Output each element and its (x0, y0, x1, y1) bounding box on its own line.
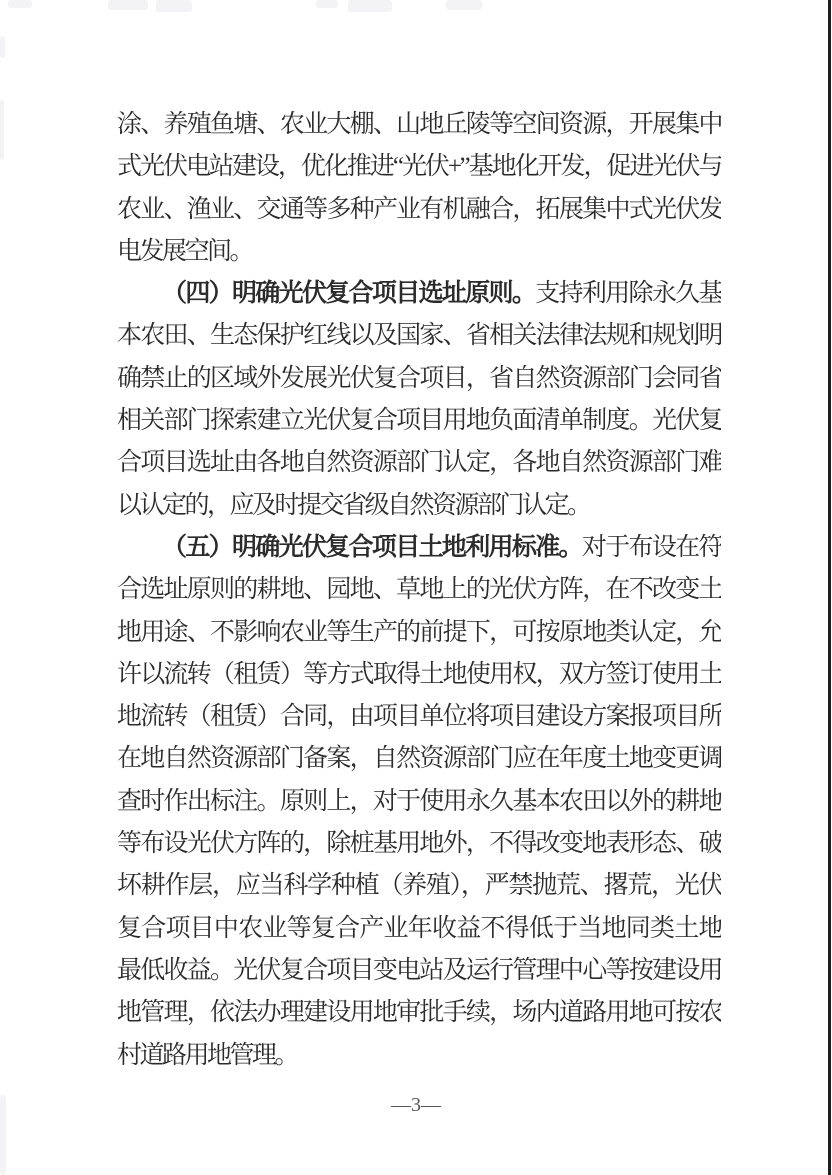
scan-smudge (0, 36, 5, 58)
page-number: —3— (0, 1094, 832, 1117)
text-line: （五）明确光伏复合项目土地利用标准。对于布设在符 (117, 527, 721, 569)
text-line: 以认定的，应及时提交省级自然资源部门认定。 (117, 485, 721, 527)
text-line: 合选址原则的耕地、园地、草地上的光伏方阵，在不改变土 (117, 569, 721, 611)
scan-smudge (0, 100, 4, 160)
scan-smudge (8, 0, 32, 8)
text-line: 地用途、不影响农业等生产的前提下，可按原地类认定，允 (117, 612, 721, 654)
text-line: 涂、养殖鱼塘、农业大棚、山地丘陵等空间资源，开展集中 (117, 104, 721, 146)
text-line: 许以流转（租赁）等方式取得土地使用权，双方签订使用土 (117, 654, 721, 696)
text-line: 相关部门探索建立光伏复合项目用地负面清单制度。光伏复 (117, 400, 721, 442)
text-line: （四）明确光伏复合项目选址原则。支持利用除永久基 (117, 273, 721, 315)
document-body: 涂、养殖鱼塘、农业大棚、山地丘陵等空间资源，开展集中式光伏电站建设，优化推进“光… (117, 104, 721, 1077)
text-line: 农业、渔业、交通等多种产业有机融合，拓展集中式光伏发 (117, 189, 721, 231)
text-line: 村道路用地管理。 (117, 1035, 721, 1077)
scan-smudge (156, 0, 192, 12)
text-line: 查时作出标注。原则上，对于使用永久基本农田以外的耕地 (117, 781, 721, 823)
text-line: 坏耕作层，应当科学种植（养殖），严禁抛荒、撂荒，光伏 (117, 865, 721, 907)
scan-smudge (108, 0, 148, 10)
document-page: 涂、养殖鱼塘、农业大棚、山地丘陵等空间资源，开展集中式光伏电站建设，优化推进“光… (0, 0, 832, 1175)
text-line: 最低收益。光伏复合项目变电站及运行管理中心等按建设用 (117, 950, 721, 992)
scan-smudge (446, 0, 482, 10)
text-line: 本农田、生态保护红线以及国家、省相关法律法规和规划明 (117, 315, 721, 357)
scan-edge-line (828, 0, 831, 1175)
text-line: 地流转（租赁）合同，由项目单位将项目建设方案报项目所 (117, 696, 721, 738)
text-line: 电发展空间。 (117, 231, 721, 273)
text-line: 等布设光伏方阵的，除桩基用地外，不得改变地表形态、破 (117, 823, 721, 865)
scan-smudge (348, 0, 392, 12)
scan-smudge (316, 0, 338, 8)
text-line: 式光伏电站建设，优化推进“光伏+”基地化开发，促进光伏与 (117, 146, 721, 188)
text-line: 合项目选址由各地自然资源部门认定，各地自然资源部门难 (117, 442, 721, 484)
paragraph-lead: （五）明确光伏复合项目土地利用标准。 (162, 534, 582, 561)
text-line: 确禁止的区域外发展光伏复合项目，省自然资源部门会同省 (117, 358, 721, 400)
text-line: 复合项目中农业等复合产业年收益不得低于当地同类土地 (117, 908, 721, 950)
text-line: 地管理，依法办理建设用地审批手续，场内道路用地可按农 (117, 992, 721, 1034)
paragraph-lead: （四）明确光伏复合项目选址原则。 (162, 280, 535, 307)
text-line: 在地自然资源部门备案，自然资源部门应在年度土地变更调 (117, 738, 721, 780)
